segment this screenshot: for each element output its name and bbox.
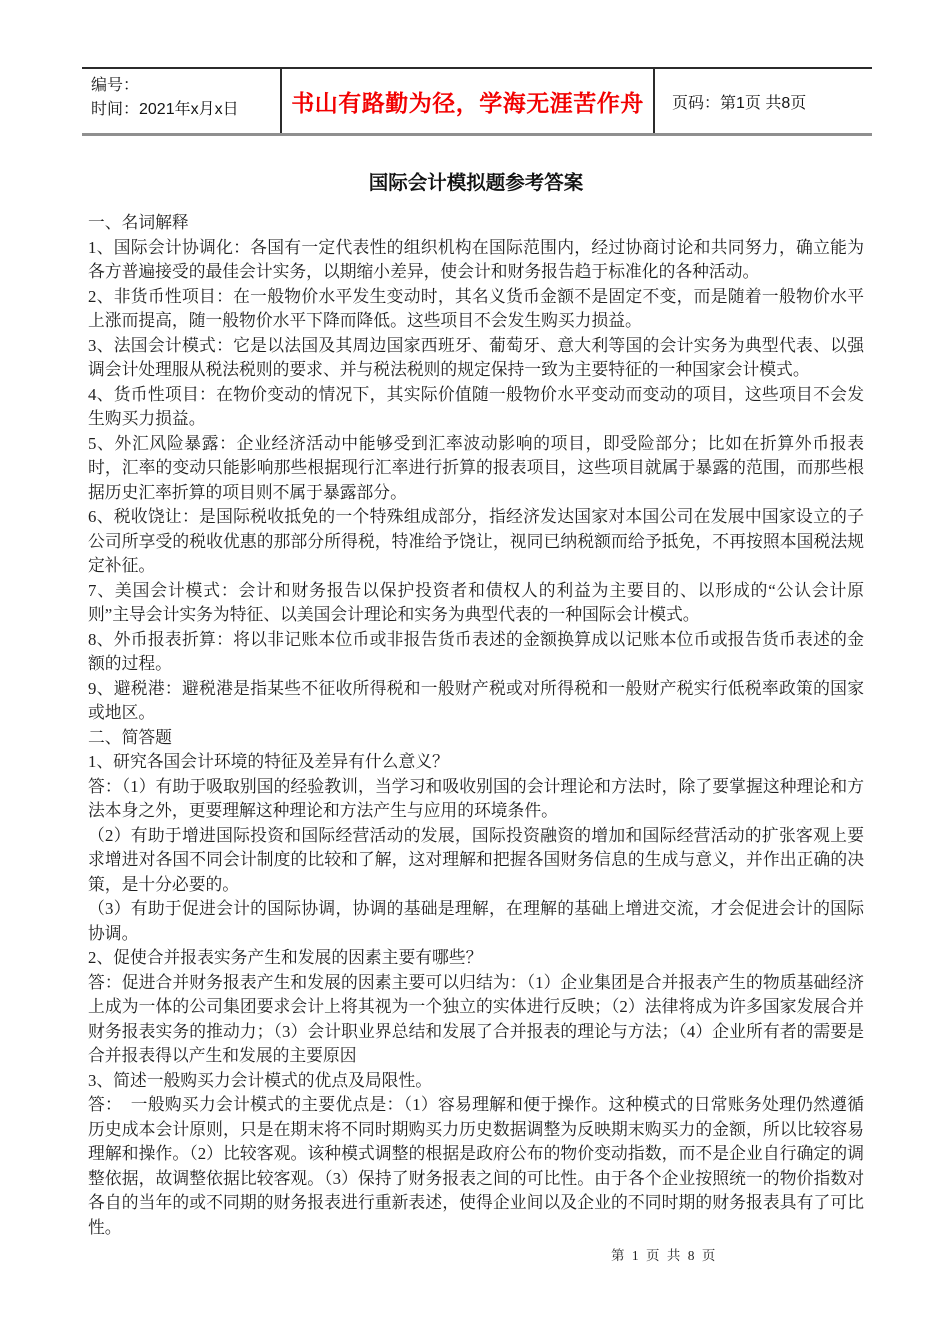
header-number-label: 编号： xyxy=(91,74,280,98)
section-heading-definitions: 一、名词解释 xyxy=(88,211,864,236)
paragraph-question-3: 3、简述一般购买力会计模式的优点及局限性。 xyxy=(88,1069,864,1094)
header-cell-page: 页码：第1页 共8页 xyxy=(655,69,872,133)
document-page: 编号： 时间：2021年x月x日 书山有路勤为径，学海无涯苦作舟 页码：第1页 … xyxy=(0,0,950,1344)
paragraph-question-1: 1、研究各国会计环境的特征及差异有什么意义？ xyxy=(88,750,864,775)
paragraph-definition-5: 5、外汇风险暴露：企业经济活动中能够受到汇率波动影响的项目，即受险部分；比如在折… xyxy=(88,432,864,506)
paragraph-answer-1a: 答：（1）有助于吸取别国的经验教训，当学习和吸收别国的会计理论和方法时，除了要掌… xyxy=(88,775,864,824)
page-title: 国际会计模拟题参考答案 xyxy=(88,170,864,198)
paragraph-definition-6: 6、税收饶让：是国际税收抵免的一个特殊组成部分，指经济发达国家对本国公司在发展中… xyxy=(88,505,864,579)
header-cell-number-date: 编号： 时间：2021年x月x日 xyxy=(82,69,280,133)
header-motto-text: 书山有路勤为径，学海无涯苦作舟 xyxy=(291,85,644,118)
paragraph-answer-1b: （2）有助于增进国际投资和国际经营活动的发展，国际投资融资的增加和国际经营活动的… xyxy=(88,824,864,898)
paragraph-definition-9: 9、避税港：避税港是指某些不征收所得税和一般财产税或对所得税和一般财产税实行低税… xyxy=(88,677,864,726)
paragraph-definition-3: 3、法国会计模式：它是以法国及其周边国家西班牙、葡萄牙、意大利等国的会计实务为典… xyxy=(88,334,864,383)
document-body: 国际会计模拟题参考答案 一、名词解释 1、国际会计协调化：各国有一定代表性的组织… xyxy=(88,170,864,1240)
header-cell-motto: 书山有路勤为径，学海无涯苦作舟 xyxy=(280,69,655,133)
paragraph-question-2: 2、促使合并报表实务产生和发展的因素主要有哪些？ xyxy=(88,946,864,971)
section-heading-short-answer: 二、简答题 xyxy=(88,726,864,751)
paragraph-definition-2: 2、非货币性项目：在一般物价水平发生变动时，其名义货币金额不是固定不变，而是随着… xyxy=(88,285,864,334)
paragraph-definition-1: 1、国际会计协调化：各国有一定代表性的组织机构在国际范围内，经过协商讨论和共同努… xyxy=(88,236,864,285)
paragraph-definition-8: 8、外币报表折算：将以非记账本位币或非报告货币表述的金额换算成以记账本位币或报告… xyxy=(88,628,864,677)
paragraph-definition-7: 7、美国会计模式：会计和财务报告以保护投资者和债权人的利益为主要目的、以形成的“… xyxy=(88,579,864,628)
paragraph-answer-2: 答：促进合并财务报表产生和发展的因素主要可以归结为：（1）企业集团是合并报表产生… xyxy=(88,971,864,1069)
paragraph-answer-1c: （3）有助于促进会计的国际协调，协调的基础是理解，在理解的基础上增进交流，才会促… xyxy=(88,897,864,946)
paragraph-answer-3: 答： 一般购买力会计模式的主要优点是：（1）容易理解和便于操作。这种模式的日常账… xyxy=(88,1093,864,1240)
header-page-label: 页码：第1页 共8页 xyxy=(672,90,806,113)
paragraph-definition-4: 4、货币性项目：在物价变动的情况下，其实际价值随一般物价水平变动而变动的项目，这… xyxy=(88,383,864,432)
footer-page-number: 第 1 页 共 8 页 xyxy=(611,1244,717,1264)
header-date-label: 时间：2021年x月x日 xyxy=(91,98,280,122)
header-table: 编号： 时间：2021年x月x日 书山有路勤为径，学海无涯苦作舟 页码：第1页 … xyxy=(82,67,872,136)
